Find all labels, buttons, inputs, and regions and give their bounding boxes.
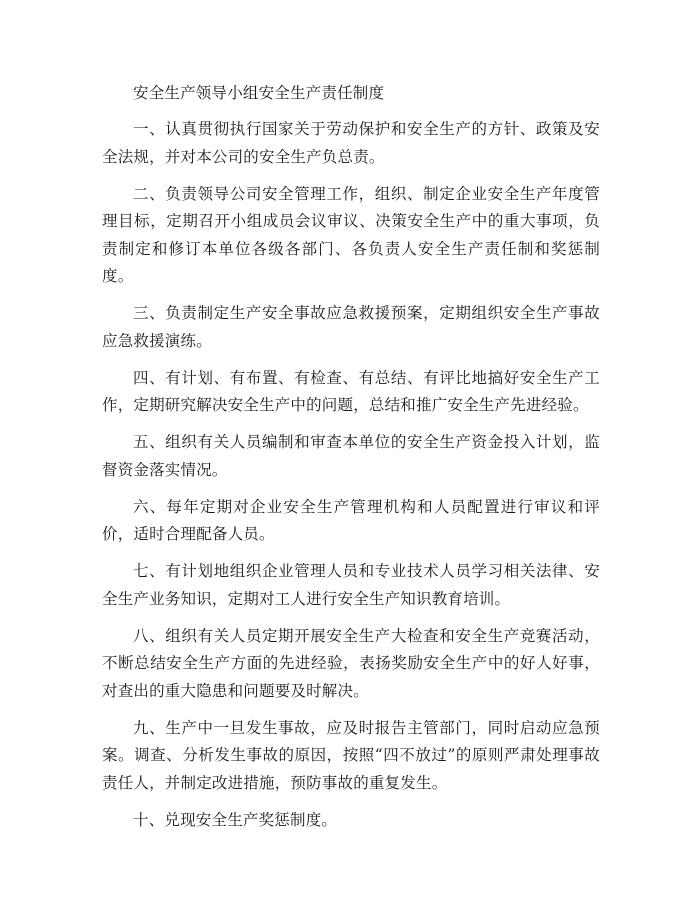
paragraph-8: 八、组织有关人员定期开展安全生产大检查和安全生产竞赛活动，不断总结安全生产方面的… (102, 623, 600, 706)
paragraph-6: 六、每年定期对企业安全生产管理机构和人员配置进行审议和评价，适时合理配备人员。 (102, 494, 600, 549)
paragraph-1: 一、认真贯彻执行国家关于劳动保护和安全生产的方针、政策及安全法规，并对本公司的安… (102, 116, 600, 171)
paragraph-3: 三、负责制定生产安全事故应急救援预案，定期组织安全生产事故应急救援演练。 (102, 300, 600, 355)
document-title: 安全生产领导小组安全生产责任制度 (102, 80, 600, 107)
paragraph-4: 四、有计划、有布置、有检查、有总结、有评比地搞好安全生产工作，定期研究解决安全生… (102, 365, 600, 420)
document-page: 安全生产领导小组安全生产责任制度 一、认真贯彻执行国家关于劳动保护和安全生产的方… (102, 80, 600, 844)
paragraph-5: 五、组织有关人员编制和审查本单位的安全生产资金投入计划，监督资金落实情况。 (102, 429, 600, 484)
paragraph-10: 十、兑现安全生产奖惩制度。 (102, 807, 600, 835)
paragraph-2: 二、负责领导公司安全管理工作，组织、制定企业安全生产年度管理目标，定期召开小组成… (102, 181, 600, 291)
paragraph-9: 九、生产中一旦发生事故，应及时报告主管部门，同时启动应急预案。调查、分析发生事故… (102, 715, 600, 798)
paragraph-7: 七、有计划地组织企业管理人员和专业技术人员学习相关法律、安全生产业务知识，定期对… (102, 558, 600, 613)
